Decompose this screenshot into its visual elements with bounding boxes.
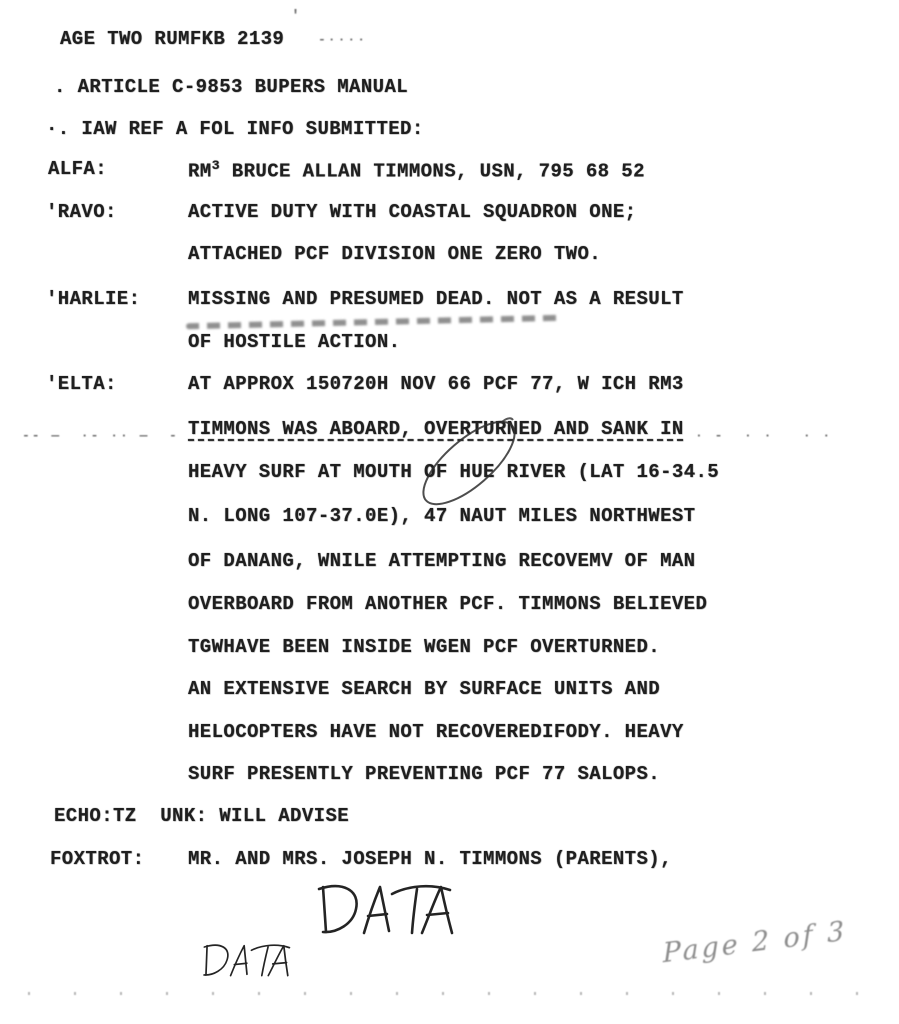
entry-charlie-line2: OF HOSTILE ACTION. (188, 331, 400, 357)
entry-alfa-content: RM3 BRUCE ALLAN TIMMONS, USN, 795 68 52 (188, 158, 645, 184)
bravo-line1-text: ACTIVE DUTY WITH COASTAL SQUADRON ONE; (188, 201, 636, 223)
entry-bravo-line2: ATTACHED PCF DIVISION ONE ZERO TWO. (188, 243, 601, 269)
entry-delta-line9: HELOCOPTERS HAVE NOT RECOVEREDIFODY. HEA… (188, 721, 684, 747)
scan-artifact-dashes-right: · - · · · · (695, 428, 832, 443)
delta-line6-text: OVERBOARD FROM ANOTHER PCF. TIMMONS BELI… (188, 593, 707, 615)
entry-label-delta: 'ELTA: (46, 373, 117, 399)
scan-artifact-tick: ' (291, 8, 302, 25)
entry-label-charlie: 'HARLIE: (46, 288, 140, 314)
delta-line8-text: AN EXTENSIVE SEARCH BY SURFACE UNITS AND (188, 678, 660, 700)
header-line3-text: ·. IAW REF A FOL INFO SUBMITTED: (46, 118, 424, 140)
bravo-line2-text: ATTACHED PCF DIVISION ONE ZERO TWO. (188, 243, 601, 265)
delta-line4-text: N. LONG 107-37.0E), 47 NAUT MILES NORTHW… (188, 505, 695, 527)
delta-line9-text: HELOCOPTERS HAVE NOT RECOVEREDIFODY. HEA… (188, 721, 684, 743)
delta-line7-text: TGWHAVE BEEN INSIDE WGEN PCF OVERTURNED. (188, 636, 660, 658)
foxtrot-label-text: FOXTROT: (50, 848, 144, 870)
charlie-line2-text: OF HOSTILE ACTION. (188, 331, 400, 353)
delta-label-text: 'ELTA: (46, 373, 117, 395)
handwritten-page-note: Page 2 of 3 (662, 912, 881, 970)
scan-noise-speckle-line (28, 992, 873, 995)
entry-delta-line5: OF DANANG, WNILE ATTEMPTING RECOVEMV OF … (188, 550, 695, 576)
entry-charlie-line1: MISSING AND PRESUMED DEAD. NOT AS A RESU… (188, 288, 684, 314)
entry-delta-line6: OVERBOARD FROM ANOTHER PCF. TIMMONS BELI… (188, 593, 707, 619)
alfa-label-text: ALFA: (48, 158, 107, 180)
smudge-mark (186, 315, 564, 330)
alfa-name-text: BRUCE ALLAN TIMMONS, USN, 795 68 52 (220, 160, 645, 182)
header-line2-text: . ARTICLE C-9853 BUPERS MANUAL (54, 76, 408, 98)
entry-bravo-line1: ACTIVE DUTY WITH COASTAL SQUADRON ONE; (188, 201, 636, 227)
entry-delta-line4: N. LONG 107-37.0E), 47 NAUT MILES NORTHW… (188, 505, 695, 531)
header-line-page-number: AGE TWO RUMFKB 2139 (60, 28, 284, 54)
charlie-label-text: 'HARLIE: (46, 288, 140, 310)
hand-drawn-circle-annotation: HUE (405, 405, 535, 520)
header-line-iaw-ref: ·. IAW REF A FOL INFO SUBMITTED: (46, 118, 424, 144)
handwritten-data-stamp-small: DATA (196, 938, 300, 982)
entry-delta-line1: AT APPROX 150720H NOV 66 PCF 77, W ICH R… (188, 373, 684, 399)
entry-delta-line8: AN EXTENSIVE SEARCH BY SURFACE UNITS AND (188, 678, 660, 704)
entry-label-bravo: 'RAVO: (46, 201, 117, 227)
scan-artifact-dashes-left: -- — ·- ·· — - (22, 428, 179, 443)
delta-line1-text: AT APPROX 150720H NOV 66 PCF 77, W ICH R… (188, 373, 684, 395)
header-line-article-ref: . ARTICLE C-9853 BUPERS MANUAL (54, 76, 408, 102)
entry-label-foxtrot: FOXTROT: (50, 848, 144, 874)
bravo-label-text: 'RAVO: (46, 201, 117, 223)
entry-foxtrot-line1: MR. AND MRS. JOSEPH N. TIMMONS (PARENTS)… (188, 848, 672, 874)
scanned-document-page: ' AGE TWO RUMFKB 2139 -···· . ARTICLE C-… (0, 0, 899, 1024)
entry-echo-line: ECHO:TZ UNK: WILL ADVISE (54, 805, 349, 831)
delta-line10-text: SURF PRESENTLY PREVENTING PCF 77 SALOPS. (188, 763, 660, 785)
alfa-rate-superscript: 3 (212, 158, 220, 173)
entry-label-alfa: ALFA: (48, 158, 107, 184)
entry-delta-line7: TGWHAVE BEEN INSIDE WGEN PCF OVERTURNED. (188, 636, 660, 662)
delta-line5-text: OF DANANG, WNILE ATTEMPTING RECOVEMV OF … (188, 550, 695, 572)
header-line1-text: AGE TWO RUMFKB 2139 (60, 28, 284, 50)
foxtrot-line1-text: MR. AND MRS. JOSEPH N. TIMMONS (PARENTS)… (188, 848, 672, 870)
alfa-rm-text: RM (188, 160, 212, 182)
handwritten-data-stamp-large: DATA (308, 878, 468, 940)
scan-artifact-dashes-top: -···· (318, 32, 367, 47)
echo-line-text: ECHO:TZ UNK: WILL ADVISE (54, 805, 349, 827)
charlie-line1-text: MISSING AND PRESUMED DEAD. NOT AS A RESU… (188, 288, 684, 310)
entry-delta-line10: SURF PRESENTLY PREVENTING PCF 77 SALOPS. (188, 763, 660, 789)
